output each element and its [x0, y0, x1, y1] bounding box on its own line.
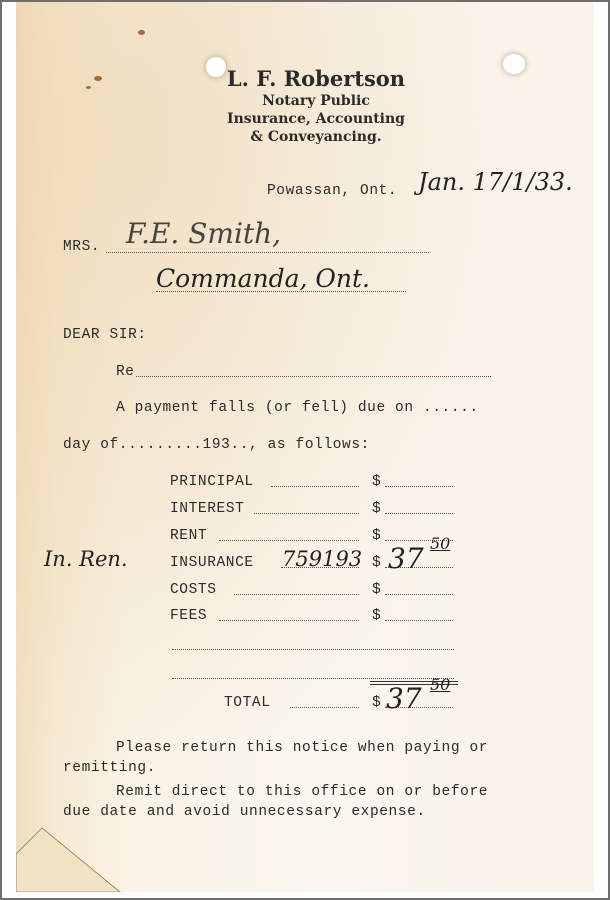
footer-line-3: Remit direct to this office on or before [116, 784, 488, 800]
item-label-costs: COSTS [170, 582, 217, 598]
addressee-name-line [106, 252, 429, 253]
item-dots [290, 707, 359, 708]
body-line-2: day of.........193.., as follows: [63, 437, 370, 453]
addressee-name: F.E. Smith, [126, 217, 281, 250]
addressee-town: Commanda, Ont. [156, 264, 370, 293]
total-label: TOTAL [224, 695, 271, 711]
amount-line [385, 513, 453, 514]
item-label-principal: PRINCIPAL [170, 474, 254, 490]
total-cents: 50 [430, 675, 450, 694]
item-label-rent: RENT [170, 528, 207, 544]
place-label: Powassan, Ont. [267, 183, 397, 199]
letterhead-services: Insurance, Accounting [196, 111, 436, 127]
rust-stain [138, 30, 145, 35]
item-dots [271, 486, 359, 487]
item-label-interest: INTEREST [170, 501, 244, 517]
total-amount: 37 [386, 682, 422, 715]
amount-line [385, 594, 453, 595]
insurance-policy-number: 759193 [282, 547, 362, 571]
currency-symbol: $ [372, 608, 381, 624]
insurance-amount: 37 [388, 542, 424, 575]
handwritten-date: Jan. 17/1/33. [418, 168, 573, 196]
re-label: Re [116, 364, 135, 380]
salutation: DEAR SIR: [63, 327, 147, 343]
currency-symbol: $ [372, 555, 381, 571]
addressee-prefix: MRS. [63, 239, 100, 255]
item-dots [234, 594, 359, 595]
item-label-fees: FEES [170, 608, 207, 624]
re-line [136, 376, 491, 377]
letterhead-services-2: & Conveyancing. [206, 129, 426, 145]
notice-paper: L. F. Robertson Notary Public Insurance,… [16, 2, 594, 892]
insurance-cents: 50 [430, 534, 450, 553]
blank-line [172, 649, 454, 650]
letterhead-title: Notary Public [206, 93, 426, 109]
currency-symbol: $ [372, 528, 381, 544]
item-label-insurance: INSURANCE [170, 555, 254, 571]
item-dots [219, 620, 359, 621]
rust-stain [86, 86, 91, 89]
body-line-1: A payment falls (or fell) due on ...... [116, 400, 479, 416]
blank-line [172, 678, 454, 679]
currency-symbol: $ [372, 582, 381, 598]
footer-line-1: Please return this notice when paying or [116, 740, 488, 756]
currency-symbol: $ [372, 695, 381, 711]
letterhead-name: L. F. Robertson [206, 66, 426, 91]
amount-line [385, 486, 453, 487]
margin-note: In. Ren. [44, 547, 128, 571]
item-dots [219, 540, 359, 541]
amount-line [385, 620, 453, 621]
currency-symbol: $ [372, 501, 381, 517]
currency-symbol: $ [372, 474, 381, 490]
footer-line-4: due date and avoid unnecessary expense. [63, 804, 426, 820]
footer-line-2: remitting. [63, 760, 156, 776]
rust-stain [94, 76, 102, 81]
item-dots [254, 513, 359, 514]
punch-hole-right [503, 54, 525, 74]
